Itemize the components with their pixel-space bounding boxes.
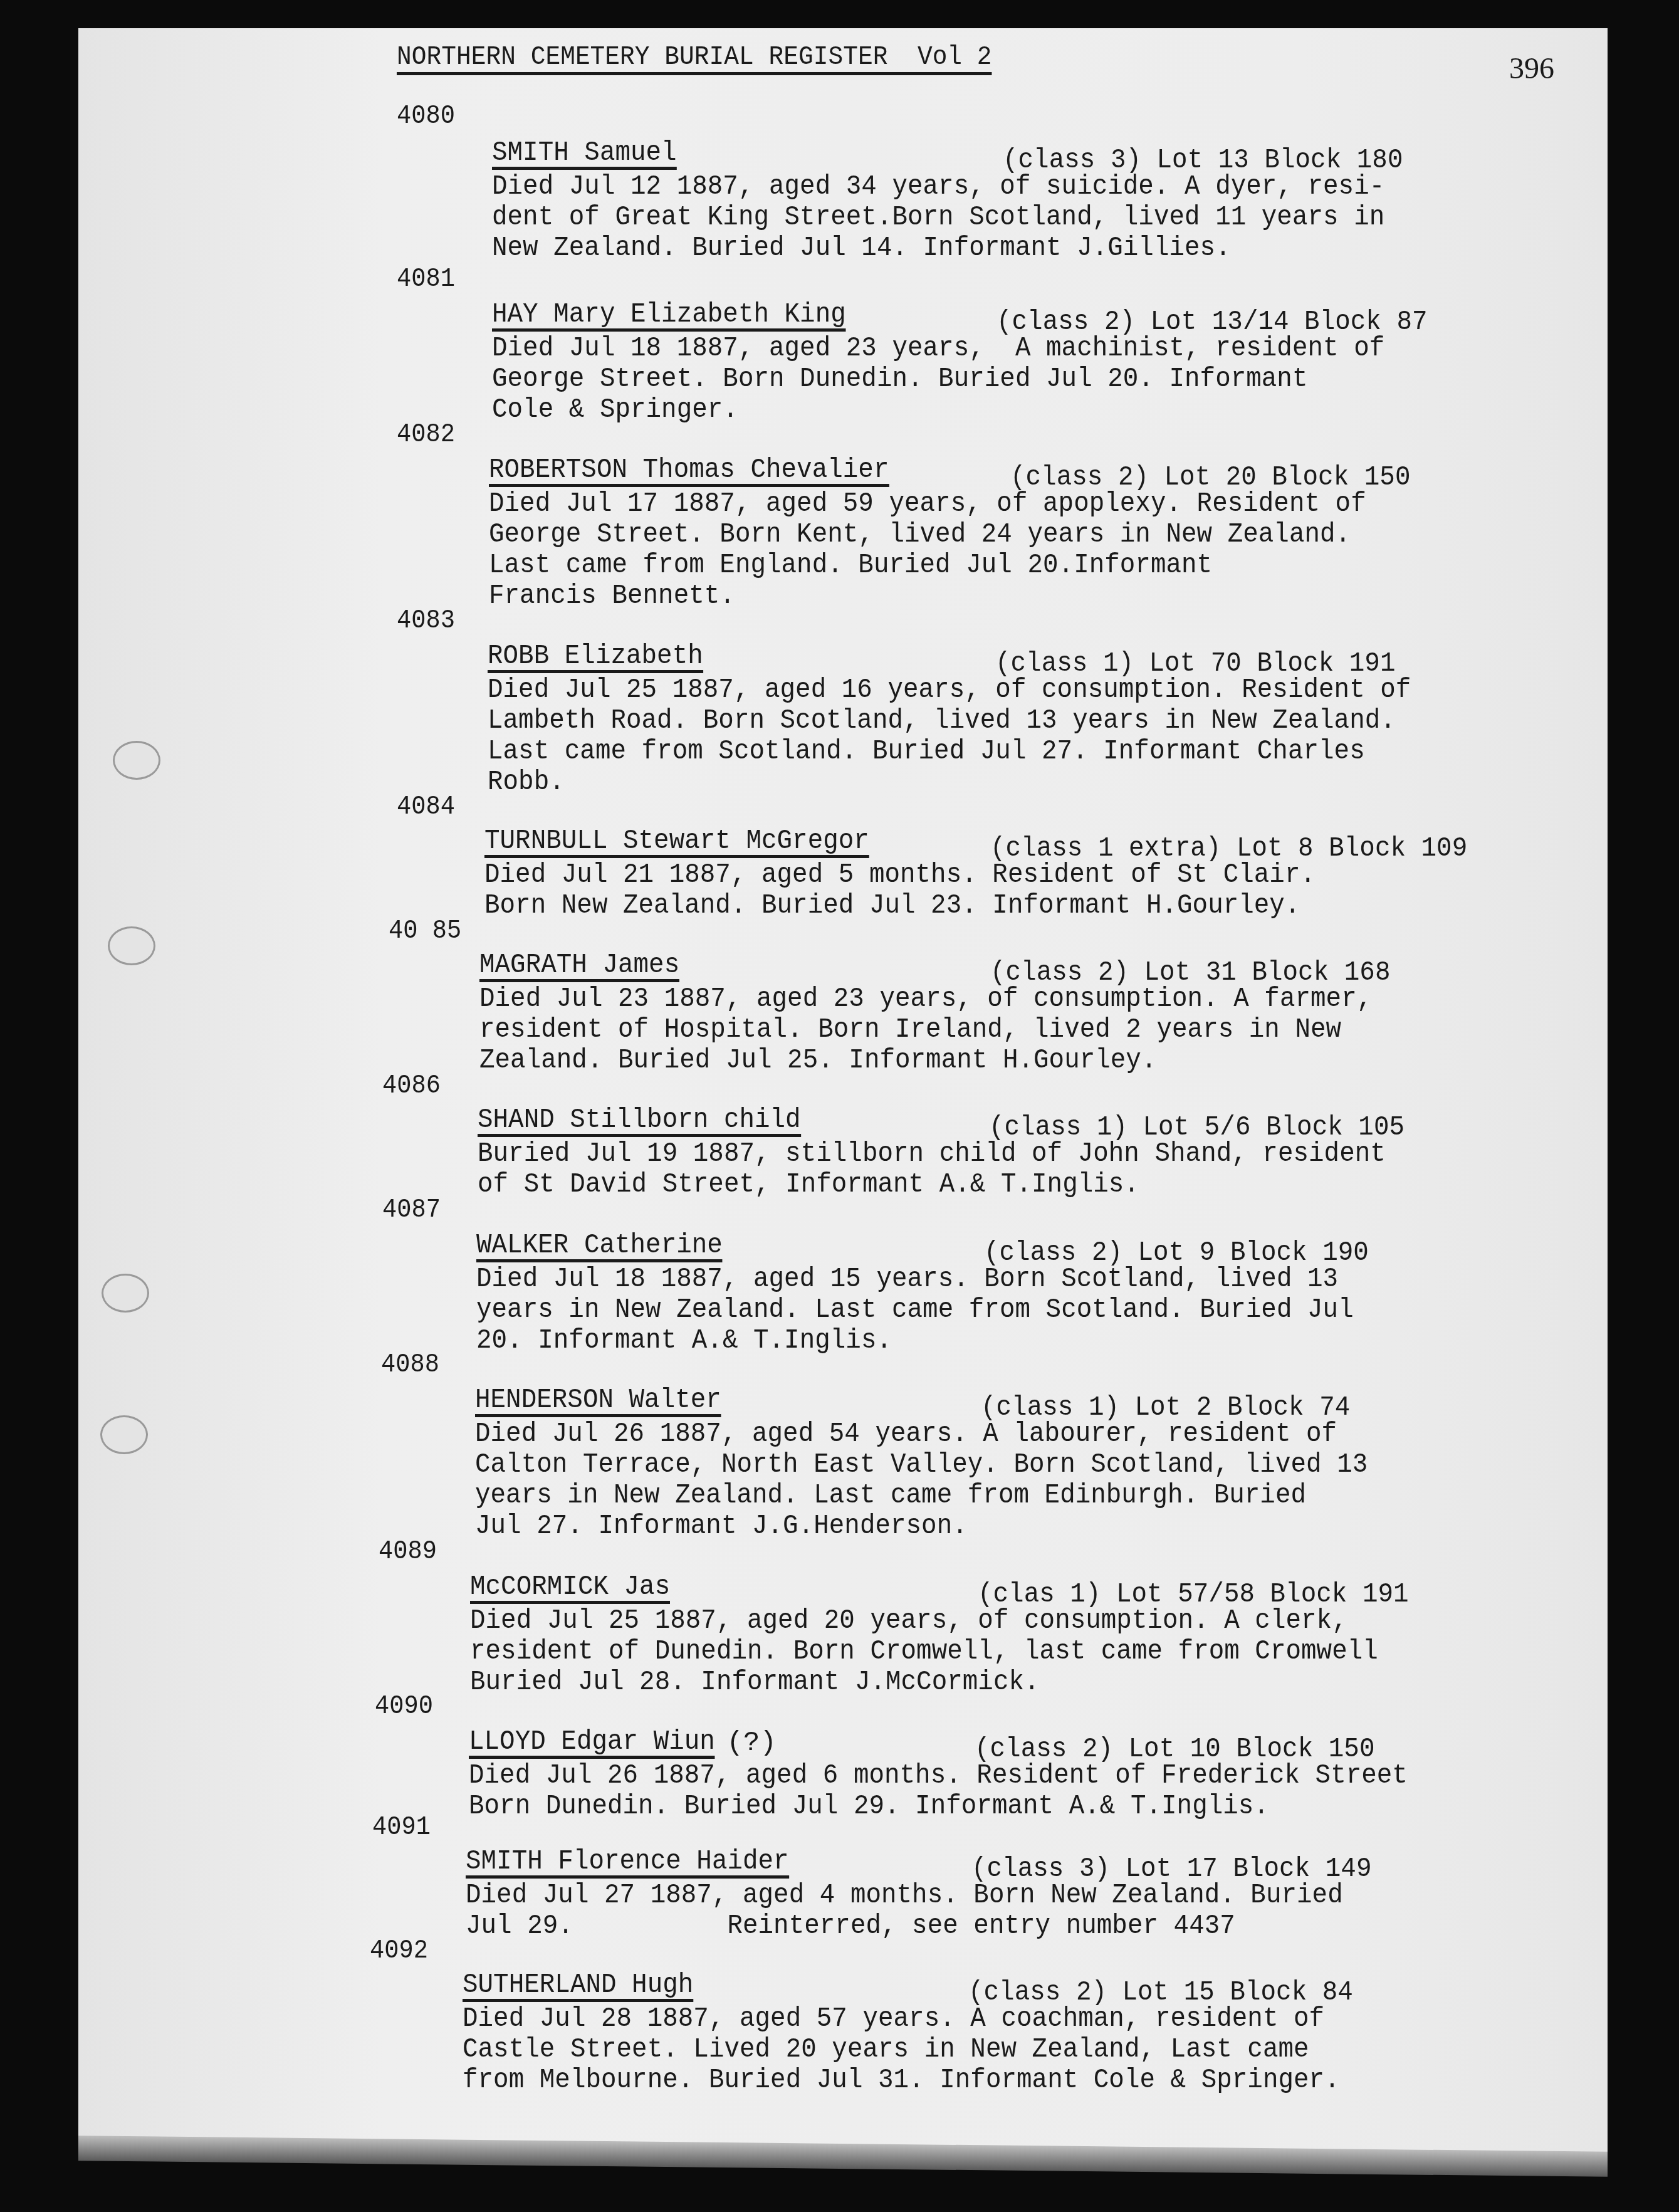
entry-header: LLOYD Edgar Wiun(?)(class 2) Lot 10 Bloc… xyxy=(469,1728,1660,1761)
deceased-name: ROBERTSON Thomas Chevalier xyxy=(489,456,889,487)
deceased-name: ROBB Elizabeth xyxy=(488,642,703,673)
entry-detail-line: Died Jul 21 1887, aged 5 months. Residen… xyxy=(484,860,1592,891)
entry-header: ROBB Elizabeth(class 1) Lot 70 Block 191 xyxy=(488,642,1678,675)
entry-number: 40 85 xyxy=(389,915,461,946)
entry-detail-line: Born New Zealand. Buried Jul 23. Informa… xyxy=(484,891,1592,921)
entry-detail-line: Died Jul 25 1887, aged 20 years, of cons… xyxy=(470,1606,1577,1637)
entry-detail-line: Died Jul 17 1887, aged 59 years, of apop… xyxy=(489,489,1596,520)
deceased-name: SHAND Stillborn child xyxy=(478,1106,801,1137)
entry-number: 4089 xyxy=(379,1536,437,1566)
burial-entry: SMITH Samuel(class 3) Lot 13 Block 180Di… xyxy=(492,139,1679,264)
burial-entry: LLOYD Edgar Wiun(?)(class 2) Lot 10 Bloc… xyxy=(469,1728,1660,1822)
entry-detail-line: Died Jul 26 1887, aged 54 years. A labou… xyxy=(475,1419,1582,1450)
entry-number: 4087 xyxy=(382,1194,441,1225)
deceased-name: SMITH Florence Haider xyxy=(466,1848,789,1879)
entry-header: McCORMICK Jas(clas 1) Lot 57/58 Block 19… xyxy=(470,1573,1661,1606)
deceased-name: SUTHERLAND Hugh xyxy=(463,1971,693,2002)
entry-detail-line: Calton Terrace, North East Valley. Born … xyxy=(475,1450,1582,1481)
punch-hole-1 xyxy=(113,741,160,780)
page-number: 396 xyxy=(1509,51,1554,86)
burial-entry: TURNBULL Stewart McGregor(class 1 extra)… xyxy=(484,827,1675,921)
entry-header: SHAND Stillborn child(class 1) Lot 5/6 B… xyxy=(478,1106,1668,1139)
punch-hole-4 xyxy=(100,1415,148,1454)
entry-number: 4088 xyxy=(381,1349,439,1380)
entry-detail-line: Jul 29. Reinterred, see entry number 443… xyxy=(466,1911,1573,1942)
entry-header: HAY Mary Elizabeth King(class 2) Lot 13/… xyxy=(492,301,1679,333)
burial-entry: ROBB Elizabeth(class 1) Lot 70 Block 191… xyxy=(488,642,1678,798)
entry-detail-line: Born Dunedin. Buried Jul 29. Informant A… xyxy=(469,1791,1576,1822)
burial-entry: WALKER Catherine(class 2) Lot 9 Block 19… xyxy=(476,1232,1667,1356)
entry-detail-line: 20. Informant A.& T.Inglis. xyxy=(476,1326,1584,1356)
entry-detail-line: Died Jul 25 1887, aged 16 years, of cons… xyxy=(488,675,1595,706)
entry-detail-line: years in New Zealand. Last came from Edi… xyxy=(475,1481,1582,1511)
entry-detail-line: years in New Zealand. Last came from Sco… xyxy=(476,1295,1584,1326)
entry-detail-line: Died Jul 26 1887, aged 6 months. Residen… xyxy=(469,1761,1576,1791)
entry-detail-line: Buried Jul 28. Informant J.McCormick. xyxy=(470,1667,1577,1698)
burial-entry: MAGRATH James(class 2) Lot 31 Block 168D… xyxy=(479,951,1670,1076)
entry-header: SMITH Florence Haider(class 3) Lot 17 Bl… xyxy=(466,1848,1656,1880)
entry-header: TURNBULL Stewart McGregor(class 1 extra)… xyxy=(484,827,1675,860)
deceased-name: WALKER Catherine xyxy=(476,1232,723,1262)
deceased-name: HAY Mary Elizabeth King xyxy=(492,301,846,332)
entry-detail-line: of St David Street, Informant A.& T.Ingl… xyxy=(478,1170,1585,1200)
entry-detail-line: Died Jul 28 1887, aged 57 years. A coach… xyxy=(463,2004,1570,2035)
deceased-name: MAGRATH James xyxy=(479,951,679,982)
entry-detail-line: Zealand. Buried Jul 25. Informant H.Gour… xyxy=(479,1046,1587,1076)
entry-detail-line: Cole & Springer. xyxy=(492,395,1599,426)
name-uncertain-note: (?) xyxy=(727,1728,777,1759)
entry-detail-line: resident of Dunedin. Born Cromwell, last… xyxy=(470,1637,1577,1667)
entry-detail-line: Died Jul 23 1887, aged 23 years, of cons… xyxy=(479,984,1587,1015)
entry-detail-line: George Street. Born Kent, lived 24 years… xyxy=(489,520,1596,550)
entry-number: 4091 xyxy=(372,1811,431,1842)
entry-detail-line: dent of Great King Street.Born Scotland,… xyxy=(492,202,1599,233)
deceased-name: SMITH Samuel xyxy=(492,139,677,170)
entry-header: WALKER Catherine(class 2) Lot 9 Block 19… xyxy=(476,1232,1667,1264)
deceased-name: LLOYD Edgar Wiun xyxy=(469,1728,715,1759)
burial-entry: HAY Mary Elizabeth King(class 2) Lot 13/… xyxy=(492,301,1679,426)
entry-detail-line: Jul 27. Informant J.G.Henderson. xyxy=(475,1511,1582,1542)
burial-entry: SMITH Florence Haider(class 3) Lot 17 Bl… xyxy=(466,1848,1656,1942)
entry-header: MAGRATH James(class 2) Lot 31 Block 168 xyxy=(479,951,1670,984)
entry-detail-line: Died Jul 12 1887, aged 34 years, of suic… xyxy=(492,172,1599,202)
burial-entry: SUTHERLAND Hugh(class 2) Lot 15 Block 84… xyxy=(463,1971,1653,2096)
punch-hole-2 xyxy=(108,926,155,965)
entry-header: SUTHERLAND Hugh(class 2) Lot 15 Block 84 xyxy=(463,1971,1653,2004)
entry-number: 4082 xyxy=(397,419,455,449)
entry-number: 4090 xyxy=(375,1690,433,1721)
entry-number: 4083 xyxy=(397,605,455,636)
entry-number: 4081 xyxy=(397,263,455,294)
entry-detail-line: Died Jul 27 1887, aged 4 months. Born Ne… xyxy=(466,1880,1573,1911)
entry-header: ROBERTSON Thomas Chevalier(class 2) Lot … xyxy=(489,456,1679,489)
entry-detail-line: Died Jul 18 1887, aged 23 years, A machi… xyxy=(492,333,1599,364)
entry-number: 4086 xyxy=(382,1070,441,1101)
entry-detail-line: resident of Hospital. Born Ireland, live… xyxy=(479,1015,1587,1046)
entry-detail-line: Buried Jul 19 1887, stillborn child of J… xyxy=(478,1139,1585,1170)
deceased-name: McCORMICK Jas xyxy=(470,1573,670,1604)
entry-detail-line: Last came from England. Buried Jul 20.In… xyxy=(489,550,1596,581)
entry-detail-line: Francis Bennett. xyxy=(489,581,1596,612)
entry-header: HENDERSON Walter(class 1) Lot 2 Block 74 xyxy=(475,1386,1666,1419)
burial-entry: SHAND Stillborn child(class 1) Lot 5/6 B… xyxy=(478,1106,1668,1200)
burial-entry: ROBERTSON Thomas Chevalier(class 2) Lot … xyxy=(489,456,1679,612)
entry-number: 4084 xyxy=(397,791,455,822)
entry-detail-line: New Zealand. Buried Jul 14. Informant J.… xyxy=(492,233,1599,264)
deceased-name: TURNBULL Stewart McGregor xyxy=(484,827,869,858)
deceased-name: HENDERSON Walter xyxy=(475,1386,721,1417)
entry-number: 4080 xyxy=(397,100,455,131)
entry-detail-line: George Street. Born Dunedin. Buried Jul … xyxy=(492,364,1599,395)
burial-entry: HENDERSON Walter(class 1) Lot 2 Block 74… xyxy=(475,1386,1666,1542)
entry-detail-line: Lambeth Road. Born Scotland, lived 13 ye… xyxy=(488,706,1595,736)
burial-entry: McCORMICK Jas(clas 1) Lot 57/58 Block 19… xyxy=(470,1573,1661,1698)
entry-number: 4092 xyxy=(370,1935,428,1966)
entry-detail-line: Died Jul 18 1887, aged 15 years. Born Sc… xyxy=(476,1264,1584,1295)
entry-detail-line: Last came from Scotland. Buried Jul 27. … xyxy=(488,736,1595,767)
entry-detail-line: Castle Street. Lived 20 years in New Zea… xyxy=(463,2035,1570,2065)
entry-detail-line: Robb. xyxy=(488,767,1595,798)
entry-header: SMITH Samuel(class 3) Lot 13 Block 180 xyxy=(492,139,1679,172)
entry-detail-line: from Melbourne. Buried Jul 31. Informant… xyxy=(463,2065,1570,2096)
register-title: NORTHERN CEMETERY BURIAL REGISTER Vol 2 xyxy=(397,43,992,75)
punch-hole-3 xyxy=(102,1274,149,1313)
